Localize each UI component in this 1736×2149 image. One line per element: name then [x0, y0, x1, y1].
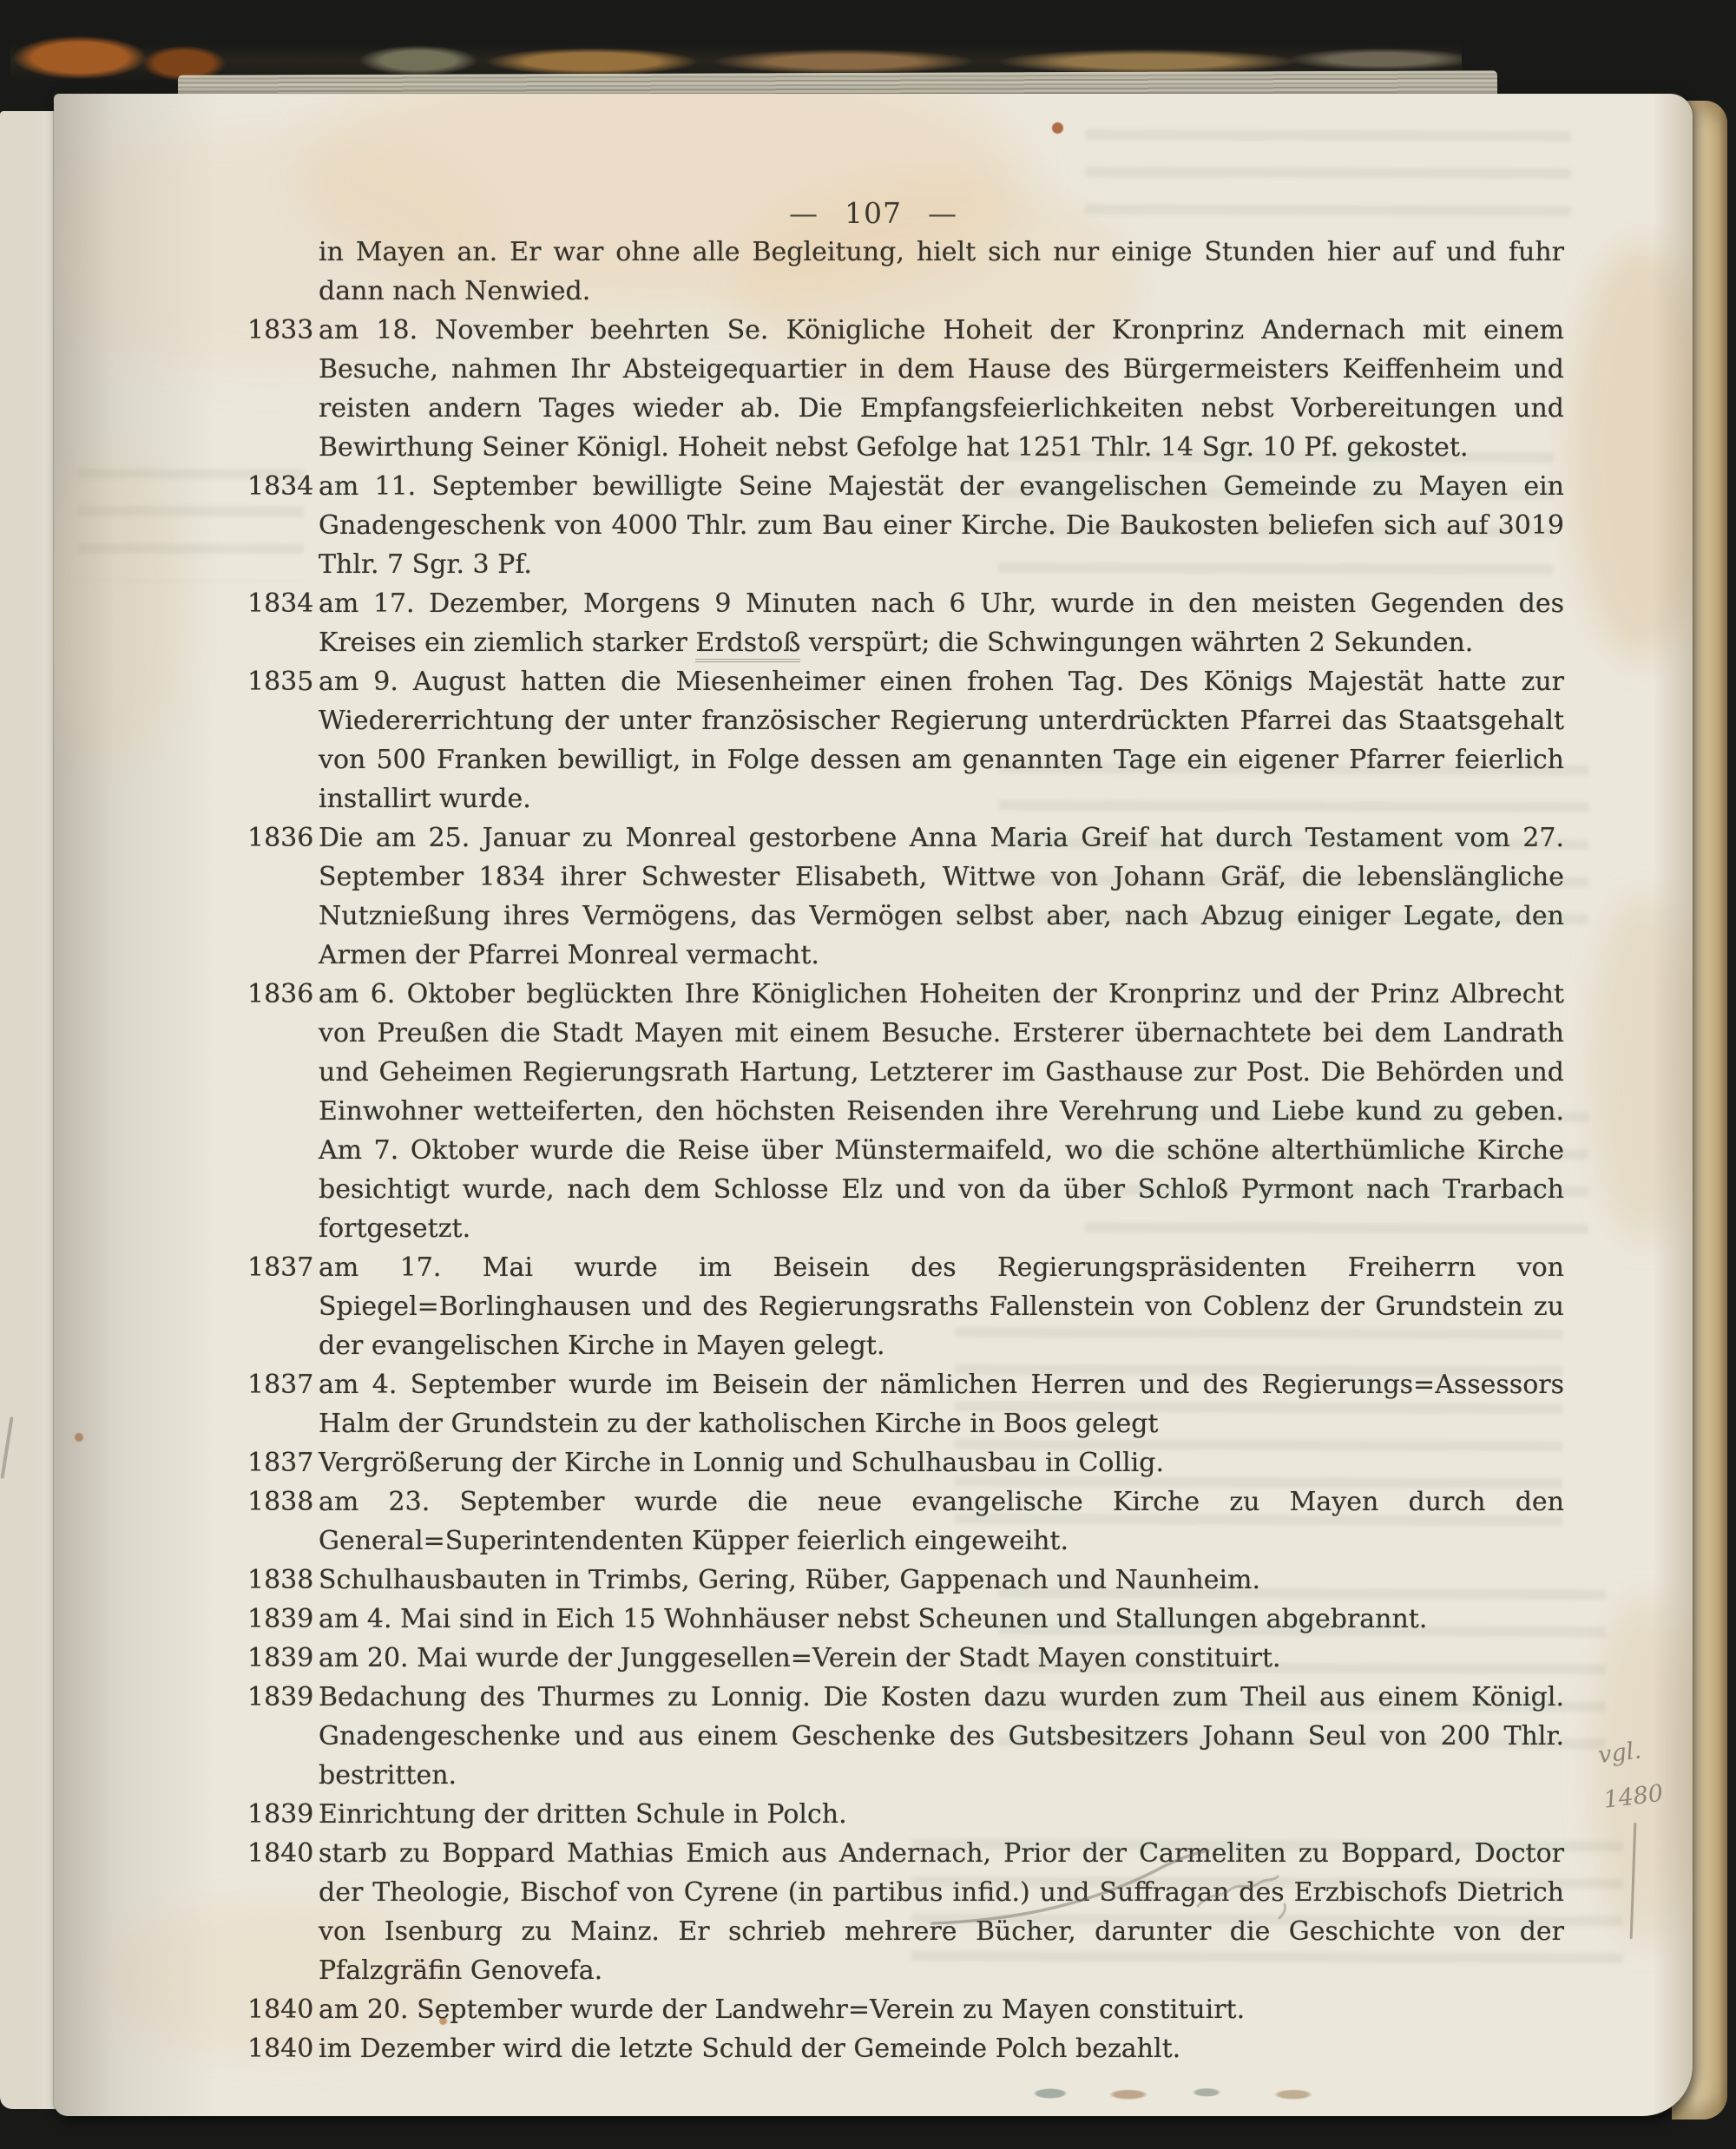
entry-year: 1833: [247, 311, 319, 350]
scanned-page: —107— in Mayen an. Er war ohne alle Begl…: [54, 94, 1693, 2116]
entry-year: 1839: [247, 1795, 319, 1834]
stain: [1591, 894, 1693, 1241]
chronicle-entry: 1838 am 23. September wurde die neue eva…: [247, 1482, 1564, 1561]
chronicle-entry: 1837 am 4. September wurde im Beisein de…: [247, 1365, 1564, 1443]
chronicle-entry: 1839 am 20. Mai wurde der Junggesellen=V…: [247, 1639, 1564, 1678]
chronicle-entry: 1836 am 6. Oktober beglückten Ihre König…: [247, 975, 1564, 1248]
chronicle-entry: 1833 am 18. November beehrten Se. Königl…: [247, 311, 1564, 467]
pencil-scribble: [922, 1830, 1356, 1942]
bottom-edge-flecks: [1024, 2083, 1337, 2104]
entry-text: am 17. Dezember, Morgens 9 Minuten nach …: [319, 584, 1564, 662]
pencil-underlined-word: Erdstoß: [695, 628, 800, 662]
chronicle-entry: 1834 am 11. September bewilligte Seine M…: [247, 467, 1564, 584]
chronicle-entry: 1836 Die am 25. Januar zu Monreal gestor…: [247, 818, 1564, 975]
entry-year: 1839: [247, 1600, 319, 1639]
entry-year: 1840: [247, 1990, 319, 2029]
entry-text: am 6. Oktober beglückten Ihre Königliche…: [319, 975, 1564, 1248]
entry-year: 1834: [247, 584, 319, 623]
chronicle-entry: 1837 Vergrößerung der Kirche in Lonnig u…: [247, 1443, 1564, 1482]
chronicle-entry: 1839 Einrichtung der dritten Schule in P…: [247, 1795, 1564, 1834]
entry-year: 1838: [247, 1482, 319, 1521]
entry-text: am 9. August hatten die Miesenheimer ein…: [319, 662, 1564, 818]
entry-text: Schulhausbauten in Trimbs, Gering, Rüber…: [319, 1561, 1564, 1600]
chronicle-entry: 1838 Schulhausbauten in Trimbs, Gering, …: [247, 1561, 1564, 1600]
entry-text: am 20. Mai wurde der Junggesellen=Verein…: [319, 1639, 1564, 1678]
chronicle-entry: 1840 am 20. September wurde der Landwehr…: [247, 1990, 1564, 2029]
entry-text: am 4. Mai sind in Eich 15 Wohnhäuser neb…: [319, 1600, 1564, 1639]
entry-text: Die am 25. Januar zu Monreal gestorbene …: [319, 818, 1564, 975]
entry-year: 1839: [247, 1678, 319, 1717]
entry-year: 1839: [247, 1639, 319, 1678]
entry-text: am 23. September wurde die neue evangeli…: [319, 1482, 1564, 1561]
chronicle-entry: 1835 am 9. August hatten die Miesenheime…: [247, 662, 1564, 818]
entry-text: Einrichtung der dritten Schule in Polch.: [319, 1795, 1564, 1834]
entry-year: 1837: [247, 1443, 319, 1482]
chronicle-entries: in Mayen an. Er war ohne alle Begleitung…: [247, 233, 1564, 2068]
entry-year: 1836: [247, 818, 319, 858]
stain: [75, 1433, 83, 1442]
entry-text: in Mayen an. Er war ohne alle Begleitung…: [319, 233, 1564, 311]
entry-year: 1837: [247, 1248, 319, 1287]
entry-text: am 4. September wurde im Beisein der näm…: [319, 1365, 1564, 1443]
stain: [1052, 122, 1063, 134]
entry-text: am 18. November beehrten Se. Königliche …: [319, 311, 1564, 467]
entry-year: 1836: [247, 975, 319, 1014]
header-dash-right: —: [928, 196, 957, 230]
entry-text: im Dezember wird die letzte Schuld der G…: [319, 2029, 1564, 2068]
entry-year: 1840: [247, 1834, 319, 1873]
chronicle-entry: 1840 starb zu Boppard Mathias Emich aus …: [247, 1834, 1564, 1990]
entry-year: 1835: [247, 662, 319, 701]
page-header: —107—: [54, 196, 1693, 230]
chronicle-entry: 1834 am 17. Dezember, Morgens 9 Minuten …: [247, 584, 1564, 662]
chronicle-entry: 1840 im Dezember wird die letzte Schuld …: [247, 2029, 1564, 2068]
chronicle-entry: 1837 am 17. Mai wurde im Beisein des Reg…: [247, 1248, 1564, 1365]
entry-year: 1834: [247, 467, 319, 506]
entry-year: 1837: [247, 1365, 319, 1404]
pencil-margin-note: vgl. 1480: [1595, 1718, 1693, 1824]
stain: [1571, 243, 1693, 660]
chronicle-entry: in Mayen an. Er war ohne alle Begleitung…: [247, 233, 1564, 311]
entry-text: am 11. September bewilligte Seine Majest…: [319, 467, 1564, 584]
entry-year: 1840: [247, 2029, 319, 2068]
entry-text: am 20. September wurde der Landwehr=Vere…: [319, 1990, 1564, 2029]
chronicle-entry: 1839 am 4. Mai sind in Eich 15 Wohnhäuse…: [247, 1600, 1564, 1639]
book-scan: —107— in Mayen an. Er war ohne alle Begl…: [0, 0, 1736, 2149]
page-number: 107: [845, 196, 902, 230]
stain: [54, 460, 191, 755]
margin-note-line1: vgl.: [1595, 1718, 1693, 1778]
header-dash-left: —: [789, 196, 819, 230]
entry-text: Vergrößerung der Kirche in Lonnig und Sc…: [319, 1443, 1564, 1482]
pencil-margin-stroke: [1630, 1823, 1637, 1939]
entry-year: 1838: [247, 1561, 319, 1600]
entry-text: Bedachung des Thurmes zu Lonnig. Die Kos…: [319, 1678, 1564, 1795]
entry-text: am 17. Mai wurde im Beisein des Regierun…: [319, 1248, 1564, 1365]
chronicle-entry: 1839 Bedachung des Thurmes zu Lonnig. Di…: [247, 1678, 1564, 1795]
